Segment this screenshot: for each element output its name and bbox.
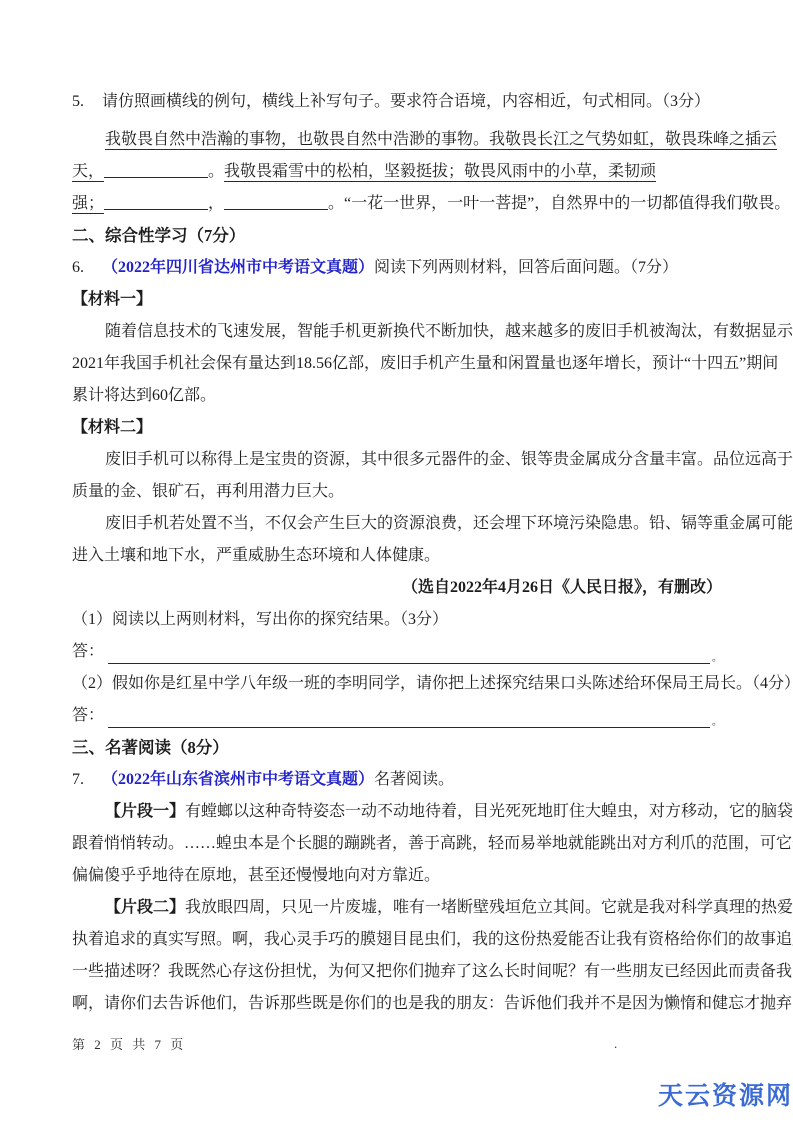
underlined-example-text: 我敬畏霜雪中的松柏，坚毅挺拔；敬畏风雨中的小草，柔韧顽 — [224, 163, 656, 182]
question-6-number: 6. — [72, 252, 102, 284]
page-number-footer: 第 2 页 共 7 页 — [72, 1034, 186, 1053]
question-7-text: 名著阅读。 — [374, 771, 454, 788]
stray-dot: . — [614, 1036, 617, 1052]
q5-example-line-1: 我敬畏自然中浩瀚的事物，也敬畏自然中浩渺的事物。我敬畏长江之气势如虹，敬畏珠峰之… — [72, 124, 722, 156]
watermark-text: 天云资源网 — [658, 1076, 793, 1112]
fragment-1-line-1: 【片段一】有螳螂以这种奇特姿态一动不动地待着，目光死死地盯住大蝗虫，对方移动，它… — [72, 796, 722, 828]
underlined-example-text: 强； — [72, 195, 104, 214]
question-7-prompt: 7.（2022年山东省滨州市中考语文真题）名著阅读。 — [72, 764, 722, 796]
fragment-1-text: 有螳螂以这种奇特姿态一动不动地待着，目光死死地盯住大蝗虫，对方移动，它的脑袋也 — [185, 803, 793, 820]
answer-end-period: 。 — [712, 716, 722, 730]
page-content: 5.请仿照画横线的例句，横线上补写句子。要求符合语境，内容相近，句式相同。（3分… — [72, 86, 722, 1020]
question-7-source-tag: （2022年山东省滨州市中考语文真题） — [102, 771, 374, 788]
fragment-2-line-3: 一些描述呀？我既然心存这份担忧，为何又把你们抛弃了这么长时间呢？有一些朋友已经因… — [72, 956, 722, 988]
question-6-source-tag: （2022年四川省达州市中考语文真题） — [102, 259, 374, 276]
question-7-number: 7. — [72, 764, 102, 796]
fragment-1-label: 【片段一】 — [105, 803, 185, 820]
material-source-line: （选自2022年4月26日《人民日报》，有删改） — [72, 572, 722, 604]
material-2-label: 【材料二】 — [72, 412, 722, 444]
question-5-number: 5. — [72, 86, 102, 118]
plain-text: 。 — [328, 195, 344, 212]
fragment-1-line-2: 跟着悄悄转动。……蝗虫本是个长腿的蹦跳者，善于高跳，轻而易举地就能跳出对方利爪的… — [72, 828, 722, 860]
material-2-para-1-line-1: 废旧手机可以称得上是宝贵的资源，其中很多元器件的金、银等贵金属成分含量丰富。品位… — [72, 444, 722, 476]
underlined-example-text: 天， — [72, 163, 104, 182]
answer-line-1: 答： 。 — [72, 636, 722, 668]
material-2-para-1-line-2: 质量的金、银矿石，再利用潜力巨大。 — [72, 476, 722, 508]
material-1-line-2: 2021年我国手机社会保有量达到18.56亿部，废旧手机产生量和闲置量也逐年增长… — [72, 348, 722, 380]
question-5-prompt: 5.请仿照画横线的例句，横线上补写句子。要求符合语境，内容相近，句式相同。（3分… — [72, 86, 722, 118]
question-6-sub-2: （2）假如你是红星中学八年级一班的李明同学，请你把上述探究结果口头陈述给环保局王… — [72, 668, 722, 700]
fragment-2-line-2: 执着追求的真实写照。啊，我心灵手巧的膜翅目昆虫们，我的这份热爱能否让我有资格给你… — [72, 924, 722, 956]
q5-example-line-3: 强；，。“一花一世界，一叶一菩提”，自然界中的一切都值得我们敬畏。 — [72, 188, 722, 220]
fragment-2-line-1: 【片段二】我放眼四周，只见一片废墟，唯有一堵断壁残垣危立其间。它就是我对科学真理… — [72, 892, 722, 924]
section-2-heading: 二、综合性学习（7分） — [72, 220, 722, 252]
question-6-sub-1: （1）阅读以上两则材料，写出你的探究结果。（3分） — [72, 604, 722, 636]
answer-blank-line — [108, 701, 710, 728]
question-5-text: 请仿照画横线的例句，横线上补写句子。要求符合语境，内容相近，句式相同。（3分） — [102, 93, 710, 110]
fragment-1-line-3: 偏偏傻乎乎地待在原地，甚至还慢慢地向对方靠近。 — [72, 860, 722, 892]
material-1-line-1: 随着信息技术的飞速发展，智能手机更新换代不断加快，越来越多的废旧手机被淘汰，有数… — [72, 316, 722, 348]
plain-text: 。 — [208, 163, 224, 180]
material-2-para-2-line-2: 进入土壤和地下水，严重威胁生态环境和人体健康。 — [72, 540, 722, 572]
section-3-heading: 三、名著阅读（8分） — [72, 732, 722, 764]
underlined-example-text: 我敬畏自然中浩瀚的事物，也敬畏自然中浩渺的事物。我敬畏长江之气势如虹，敬畏珠峰之… — [105, 131, 777, 150]
answer-label: 答： — [72, 700, 104, 732]
answer-end-period: 。 — [712, 652, 722, 666]
q5-example-line-2: 天，。我敬畏霜雪中的松柏，坚毅挺拔；敬畏风雨中的小草，柔韧顽 — [72, 156, 722, 188]
fragment-2-line-4: 啊，请你们去告诉他们，告诉那些既是你们的也是我的朋友：告诉他们我并不是因为懒惰和… — [72, 988, 722, 1020]
fill-in-blank — [104, 193, 208, 210]
material-1-line-3: 累计将达到60亿部。 — [72, 380, 722, 412]
plain-text: ， — [208, 195, 224, 212]
answer-blank-line — [108, 637, 710, 664]
material-2-para-2-line-1: 废旧手机若处置不当，不仅会产生巨大的资源浪费，还会埋下环境污染隐患。铅、镉等重金… — [72, 508, 722, 540]
fragment-2-text: 我放眼四周，只见一片废墟，唯有一堵断壁残垣危立其间。它就是我对科学真理的热爱与 — [185, 899, 793, 916]
question-6-prompt: 6.（2022年四川省达州市中考语文真题）阅读下列两则材料，回答后面问题。（7分… — [72, 252, 722, 284]
answer-line-2: 答： 。 — [72, 700, 722, 732]
fill-in-blank — [224, 193, 328, 210]
material-1-label: 【材料一】 — [72, 284, 722, 316]
fragment-2-label: 【片段二】 — [105, 899, 185, 916]
question-6-text: 阅读下列两则材料，回答后面问题。（7分） — [374, 259, 678, 276]
answer-label: 答： — [72, 636, 104, 668]
plain-text: “一花一世界，一叶一菩提”，自然界中的一切都值得我们敬畏。 — [344, 195, 790, 212]
fill-in-blank — [104, 161, 208, 178]
